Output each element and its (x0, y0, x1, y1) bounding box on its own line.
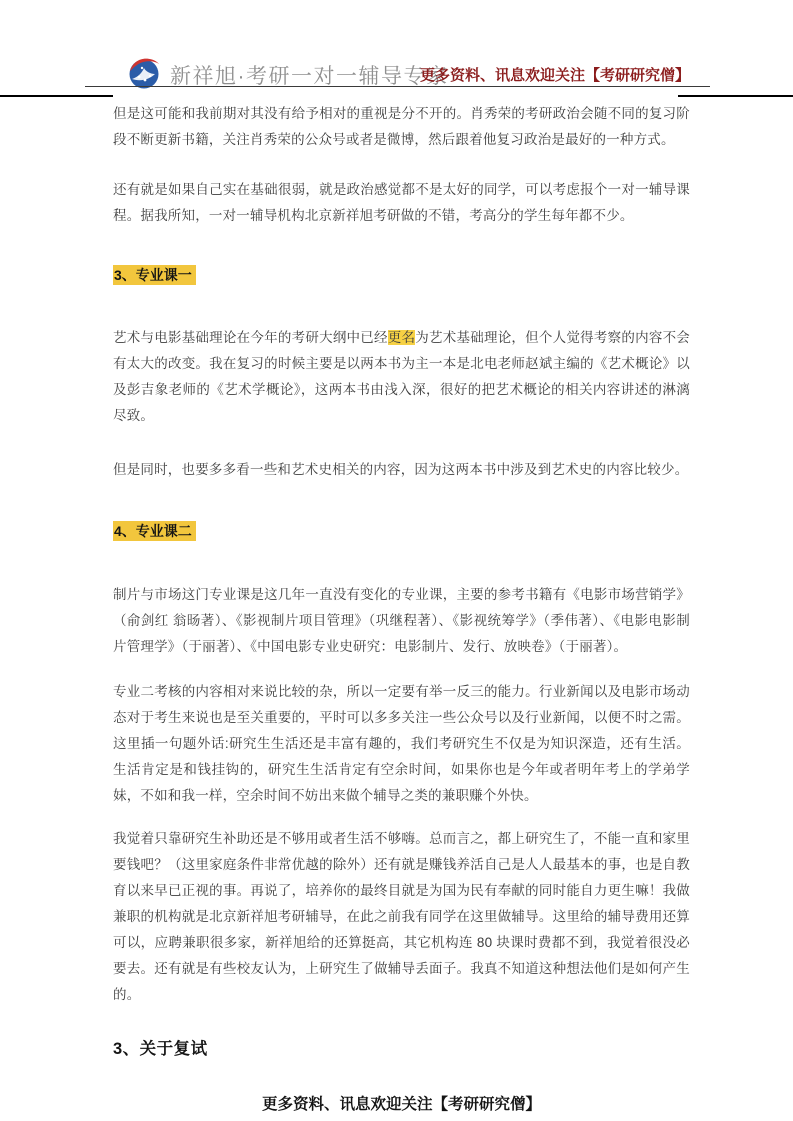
paragraph-politics-xiuxiurong: 但是这可能和我前期对其没有给予相对的重视是分不开的。肖秀荣的考研政治会随不同的复… (113, 101, 690, 153)
page-edge-line-left (0, 95, 113, 97)
paragraph-exam-scope-and-life: 专业二考核的内容相对来说比较的杂，所以一定要有举一反三的能力。行业新闻以及电影市… (113, 679, 690, 809)
paragraph-art-history: 但是同时，也要多多看一些和艺术史相关的内容，因为这两本书中涉及到艺术史的内容比较… (113, 457, 690, 483)
paragraph-tutoring-advice: 还有就是如果自己实在基础很弱，就是政治感觉都不是太好的同学，可以考虑报个一对一辅… (113, 177, 690, 229)
heading-major-course-2: 4、专业课二 (113, 518, 690, 544)
paragraph-reference-books: 制片与市场这门专业课是这几年一直没有变化的专业课，主要的参考书籍有《电影市场营销… (113, 582, 690, 660)
document-body: 但是这可能和我前期对其没有给予相对的重视是分不开的。肖秀荣的考研政治会随不同的复… (113, 0, 690, 1118)
heading-highlight: 4、专业课二 (113, 521, 196, 541)
document-page: 新祥旭·考研一对一辅导专家 更多资料、讯息欢迎关注【考研研究僧】 但是这可能和我… (0, 0, 793, 1121)
footer-follow-note: 更多资料、讯息欢迎关注【考研研究僧】 (113, 1092, 690, 1118)
heading-retrial: 3、关于复试 (113, 1036, 690, 1062)
page-edge-line-right (678, 95, 793, 97)
heading-highlight: 3、专业课一 (113, 265, 196, 285)
paragraph-art-theory: 艺术与电影基础理论在今年的考研大纲中已经更名为艺术基础理论，但个人觉得考察的内容… (113, 325, 690, 429)
heading-major-course-1: 3、专业课一 (113, 262, 690, 288)
text-segment: 艺术与电影基础理论在今年的考研大纲中已经 (113, 330, 388, 345)
paragraph-parttime-tutoring: 我觉着只靠研究生补助还是不够用或者生活不够嗨。总而言之，都上研究生了，不能一直和… (113, 826, 690, 1008)
inline-highlight-rename: 更名 (388, 330, 415, 345)
